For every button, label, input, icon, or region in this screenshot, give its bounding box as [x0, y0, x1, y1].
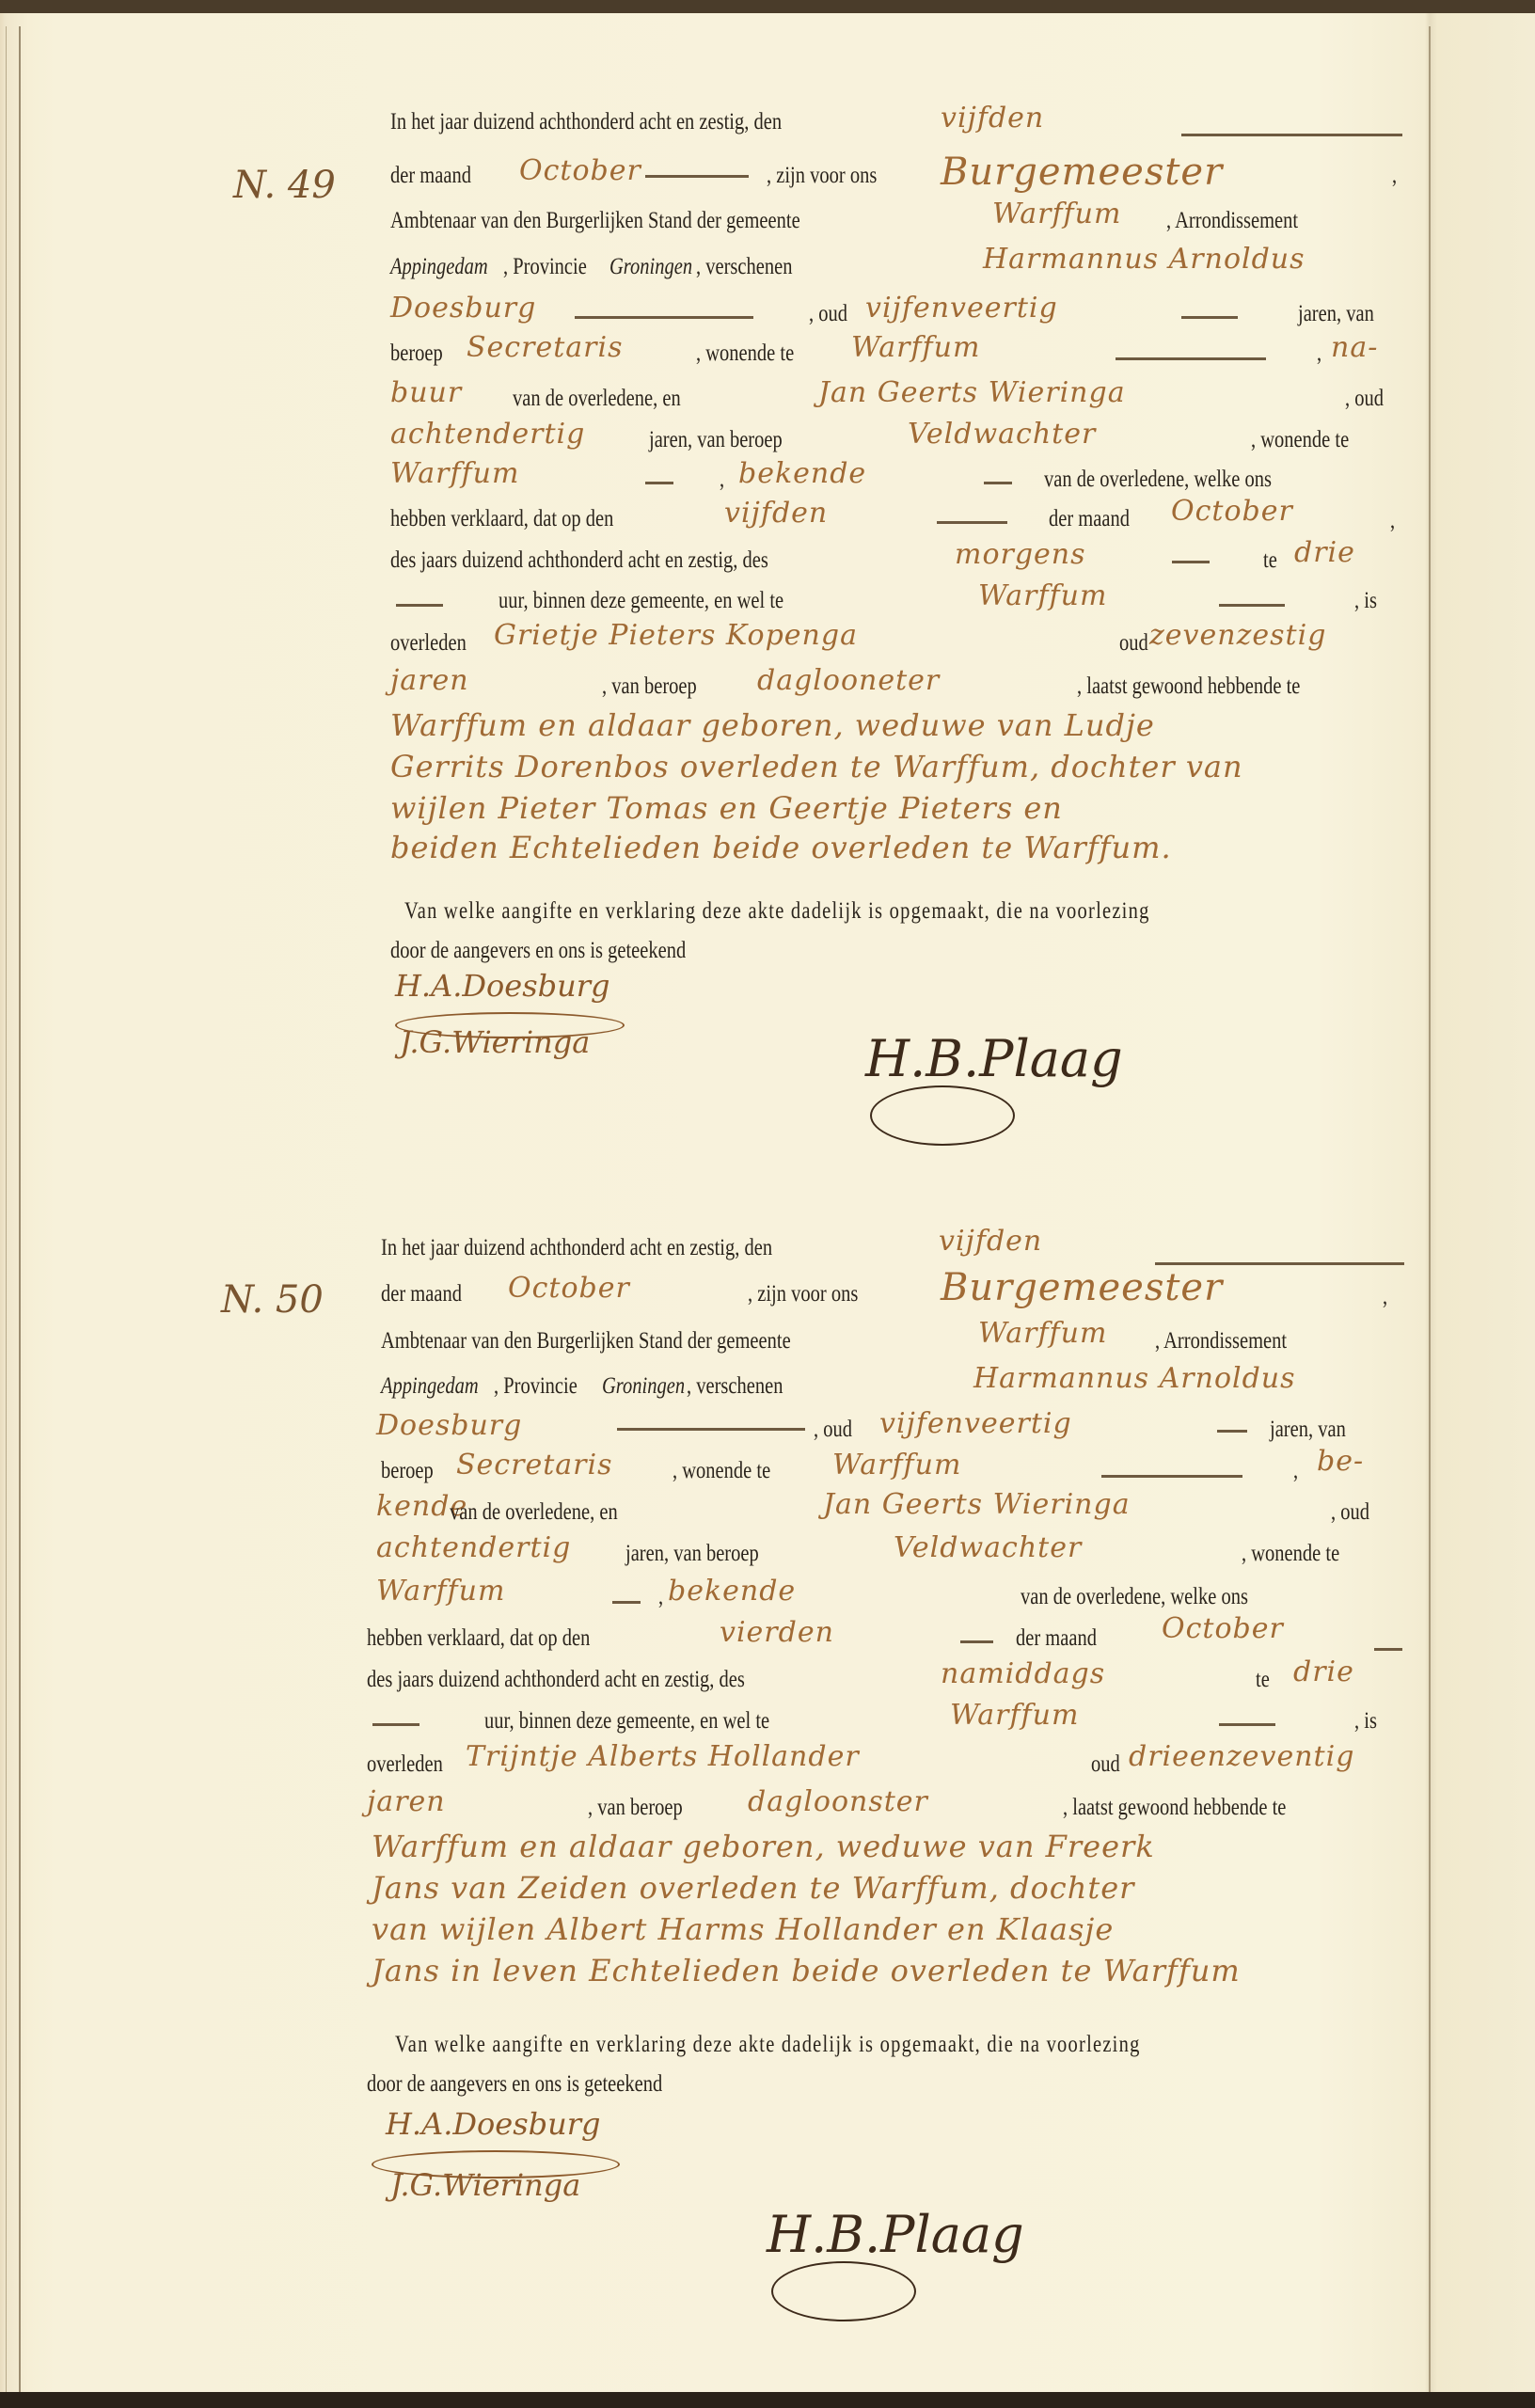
printed-text: , laatst gewoond hebbende te: [1063, 1789, 1286, 1827]
handwritten-day: vijfden: [941, 102, 1044, 135]
signature-declarant-2: J.G.Wieringa: [400, 1024, 590, 1060]
handwritten-age: achtendertig: [376, 1531, 571, 1564]
blank-line: [1101, 1475, 1242, 1478]
printed-text: te: [1263, 542, 1277, 579]
signature-flourish: [771, 2261, 916, 2321]
book-bottom-edge: [0, 2392, 1535, 2408]
page-edge-divider: [1429, 26, 1431, 2397]
printed-text: , wonende te: [696, 335, 794, 372]
handwritten-relation: be-: [1317, 1445, 1364, 1478]
signature-declarant-1: H.A.Doesburg: [395, 968, 610, 1004]
printed-text: ,: [1390, 502, 1395, 540]
handwritten-relation: bekende: [738, 457, 866, 490]
handwritten-text: wijlen Pieter Tomas en Geertje Pieters e…: [390, 790, 1063, 826]
printed-text: der maand: [1016, 1620, 1097, 1657]
blank-line: [1181, 134, 1402, 136]
handwritten-residence: Warffum: [390, 457, 519, 490]
printed-text: , Provincie: [494, 1368, 578, 1405]
binding-edge: [6, 26, 7, 2397]
printed-text: , oud: [809, 295, 847, 333]
handwritten-official-title: Burgemeester: [941, 1266, 1223, 1309]
printed-text: van de overledene, welke ons: [1044, 461, 1272, 499]
printed-text: des jaars duizend achthonderd acht en ze…: [390, 542, 768, 579]
blank-line: [645, 175, 749, 178]
printed-text: hebben verklaard, dat op den: [367, 1620, 590, 1657]
printed-text: , zijn voor ons: [767, 157, 877, 195]
handwritten-official-title: Burgemeester: [941, 150, 1223, 194]
printed-text: , is: [1354, 1703, 1377, 1740]
handwritten-place-of-death: Warffum: [978, 579, 1107, 612]
printed-text: jaren, van beroep: [625, 1535, 759, 1573]
printed-text: ,: [658, 1578, 663, 1616]
printed-text: jaren, van beroep: [649, 421, 783, 459]
blank-line: [612, 1601, 641, 1604]
printed-text: Ambtenaar van den Burgerlijken Stand der…: [381, 1323, 791, 1360]
printed-text: der maand: [1049, 500, 1130, 538]
handwritten-age: vijfenveertig: [879, 1407, 1072, 1440]
handwritten-deceased-name: Trijntje Alberts Hollander: [466, 1740, 860, 1773]
printed-text: , verschenen: [687, 1368, 783, 1405]
closing-text: door de aangevers en ons is geteekend: [390, 932, 686, 970]
printed-text: overleden: [390, 625, 467, 662]
handwritten-residence: Warffum: [851, 331, 980, 364]
handwritten-deceased-name: Grietje Pieters Kopenga: [494, 619, 858, 652]
handwritten-declarant-name: Jan Geerts Wieringa: [818, 376, 1126, 409]
printed-text: beroep: [390, 335, 443, 372]
handwritten-declarant-surname: Doesburg: [376, 1409, 522, 1442]
record-line: In het jaar duizend achthonderd acht en …: [390, 103, 867, 141]
signature-official: H.B.Plaag: [767, 2205, 1024, 2264]
printed-text: jaren, van: [1298, 295, 1374, 333]
printed-text: Ambtenaar van den Burgerlijken Stand der…: [390, 202, 800, 240]
handwritten-occupation: Secretaris: [467, 331, 623, 364]
blank-line: [937, 521, 1007, 524]
record-number: N. 49: [233, 164, 336, 207]
printed-text: overleden: [367, 1746, 443, 1783]
printed-text: , oud: [1345, 380, 1384, 418]
printed-italic-text: Groningen: [609, 248, 692, 286]
printed-italic-text: Appingedam: [381, 1368, 479, 1405]
printed-text: ,: [1317, 335, 1321, 372]
handwritten-occupation: Veldwachter: [908, 418, 1096, 451]
handwritten-text: Gerrits Dorenbos overleden te Warffum, d…: [390, 749, 1243, 784]
blank-line: [1181, 316, 1238, 319]
signature-official: H.B.Plaag: [865, 1029, 1123, 1088]
blank-line: [1116, 357, 1266, 360]
signature-declarant-1: H.A.Doesburg: [386, 2106, 601, 2142]
printed-text: , wonende te: [673, 1452, 770, 1490]
handwritten-hour: drie: [1293, 1655, 1354, 1688]
handwritten-time-of-day: namiddags: [941, 1657, 1105, 1690]
blank-line: [960, 1640, 993, 1643]
blank-line: [984, 482, 1012, 484]
handwritten-occupation: Veldwachter: [894, 1531, 1082, 1564]
blank-line: [372, 1723, 419, 1726]
printed-text: des jaars duizend achthonderd acht en ze…: [367, 1661, 745, 1699]
handwritten-deceased-occupation: daglooneter: [757, 664, 940, 697]
register-page: N. 49 In het jaar duizend achthonderd ac…: [0, 0, 1535, 2394]
blank-line: [1219, 1723, 1275, 1726]
handwritten-death-month: October: [1162, 1612, 1284, 1645]
handwritten-declarant-name: Harmannus Arnoldus: [973, 1362, 1296, 1395]
blank-line: [1172, 561, 1210, 563]
handwritten-relation: buur: [390, 376, 462, 409]
handwritten-death-day: vijfden: [724, 497, 828, 530]
printed-text: van de overledene, en: [450, 1494, 618, 1531]
blank-line: [1219, 604, 1285, 607]
handwritten-occupation: Secretaris: [456, 1449, 612, 1481]
handwritten-place-of-death: Warffum: [950, 1699, 1079, 1732]
printed-text: , van beroep: [602, 668, 697, 705]
printed-text: van de overledene, welke ons: [1021, 1578, 1248, 1616]
signature-declarant-2: J.G.Wieringa: [390, 2167, 580, 2203]
signature-flourish: [870, 1085, 1015, 1146]
printed-text: , laatst gewoond hebbende te: [1077, 668, 1300, 705]
handwritten-month: October: [519, 154, 641, 187]
handwritten-text: Jans van Zeiden overleden te Warffum, do…: [372, 1870, 1134, 1906]
printed-text: , wonende te: [1251, 421, 1349, 459]
printed-text: , oud: [1331, 1494, 1369, 1531]
handwritten-relation: na-: [1331, 331, 1378, 364]
handwritten-residence: Warffum: [832, 1449, 961, 1481]
printed-text: , van beroep: [588, 1789, 683, 1827]
printed-text: , verschenen: [696, 248, 792, 286]
handwritten-declarant-name: Jan Geerts Wieringa: [823, 1488, 1131, 1521]
blank-line: [617, 1428, 805, 1431]
handwritten-hour: drie: [1294, 536, 1355, 569]
printed-text: uur, binnen deze gemeente, en wel te: [484, 1703, 769, 1740]
blank-line: [1374, 1648, 1402, 1651]
handwritten-relation: bekende: [668, 1575, 796, 1608]
printed-text: ,: [1392, 157, 1397, 195]
handwritten-death-month: October: [1171, 495, 1293, 528]
printed-text: , is: [1354, 582, 1377, 620]
printed-text: , oud: [814, 1411, 852, 1449]
printed-text: jaren, van: [1270, 1411, 1346, 1449]
blank-line: [1217, 1430, 1247, 1433]
handwritten-deceased-age: drieenzeventig: [1129, 1740, 1354, 1773]
handwritten-municipality: Warffum: [978, 1317, 1107, 1350]
printed-italic-text: Appingedam: [390, 248, 488, 286]
printed-text: van de overledene, en: [513, 380, 681, 418]
closing-text: door de aangevers en ons is geteekend: [367, 2066, 662, 2103]
handwritten-text: jaren: [390, 664, 469, 697]
printed-text: ,: [1383, 1278, 1387, 1316]
blank-line: [396, 604, 443, 607]
printed-text: oud: [1119, 625, 1148, 662]
printed-text: , zijn voor ons: [748, 1275, 858, 1313]
printed-text: beroep: [381, 1452, 434, 1490]
handwritten-deceased-age: zevenzestig: [1149, 619, 1326, 652]
handwritten-age: vijfenveertig: [865, 292, 1058, 325]
blank-line: [645, 482, 673, 484]
handwritten-municipality: Warffum: [992, 198, 1121, 230]
printed-text: In het jaar duizend achthonderd acht en …: [390, 103, 782, 141]
printed-text: , wonende te: [1242, 1535, 1339, 1573]
printed-text: ,: [1293, 1452, 1298, 1490]
printed-text: oud: [1091, 1746, 1120, 1783]
printed-text: , Arrondissement: [1155, 1323, 1287, 1360]
printed-text: te: [1256, 1661, 1270, 1699]
handwritten-text: Warffum en aldaar geboren, weduwe van Fr…: [372, 1829, 1155, 1864]
handwritten-deceased-occupation: dagloonster: [748, 1785, 928, 1818]
handwritten-residence: Warffum: [376, 1575, 505, 1608]
handwritten-text: jaren: [367, 1785, 446, 1818]
handwritten-time-of-day: morgens: [955, 538, 1086, 571]
handwritten-declarant-surname: Doesburg: [390, 292, 536, 325]
blank-line: [575, 316, 753, 319]
handwritten-death-day: vierden: [720, 1616, 834, 1649]
handwritten-month: October: [508, 1272, 630, 1305]
printed-text: der maand: [390, 157, 471, 195]
handwritten-text: Jans in leven Echtelieden beide overlede…: [372, 1953, 1241, 1988]
printed-text: der maand: [381, 1275, 462, 1313]
handwritten-text: van wijlen Albert Harms Hollander en Kla…: [372, 1911, 1114, 1947]
printed-text: uur, binnen deze gemeente, en wel te: [498, 582, 783, 620]
handwritten-age: achtendertig: [390, 418, 585, 451]
closing-text: Van welke aangifte en verklaring deze ak…: [404, 893, 1150, 930]
printed-text: , Provincie: [503, 248, 587, 286]
printed-text: ,: [720, 461, 724, 499]
binding-edge: [19, 26, 21, 2397]
handwritten-text: Warffum en aldaar geboren, weduwe van Lu…: [390, 707, 1155, 743]
printed-text: , Arrondissement: [1166, 202, 1298, 240]
record-number: N. 50: [221, 1278, 324, 1322]
handwritten-day: vijfden: [939, 1225, 1042, 1258]
printed-text: In het jaar duizend achthonderd acht en …: [381, 1229, 772, 1267]
blank-line: [1155, 1262, 1404, 1265]
printed-text: hebben verklaard, dat op den: [390, 500, 613, 538]
printed-italic-text: Groningen: [602, 1368, 685, 1405]
closing-text: Van welke aangifte en verklaring deze ak…: [395, 2026, 1141, 2064]
handwritten-text: beiden Echtelieden beide overleden te Wa…: [390, 830, 1172, 865]
handwritten-declarant-name: Harmannus Arnoldus: [983, 243, 1306, 276]
